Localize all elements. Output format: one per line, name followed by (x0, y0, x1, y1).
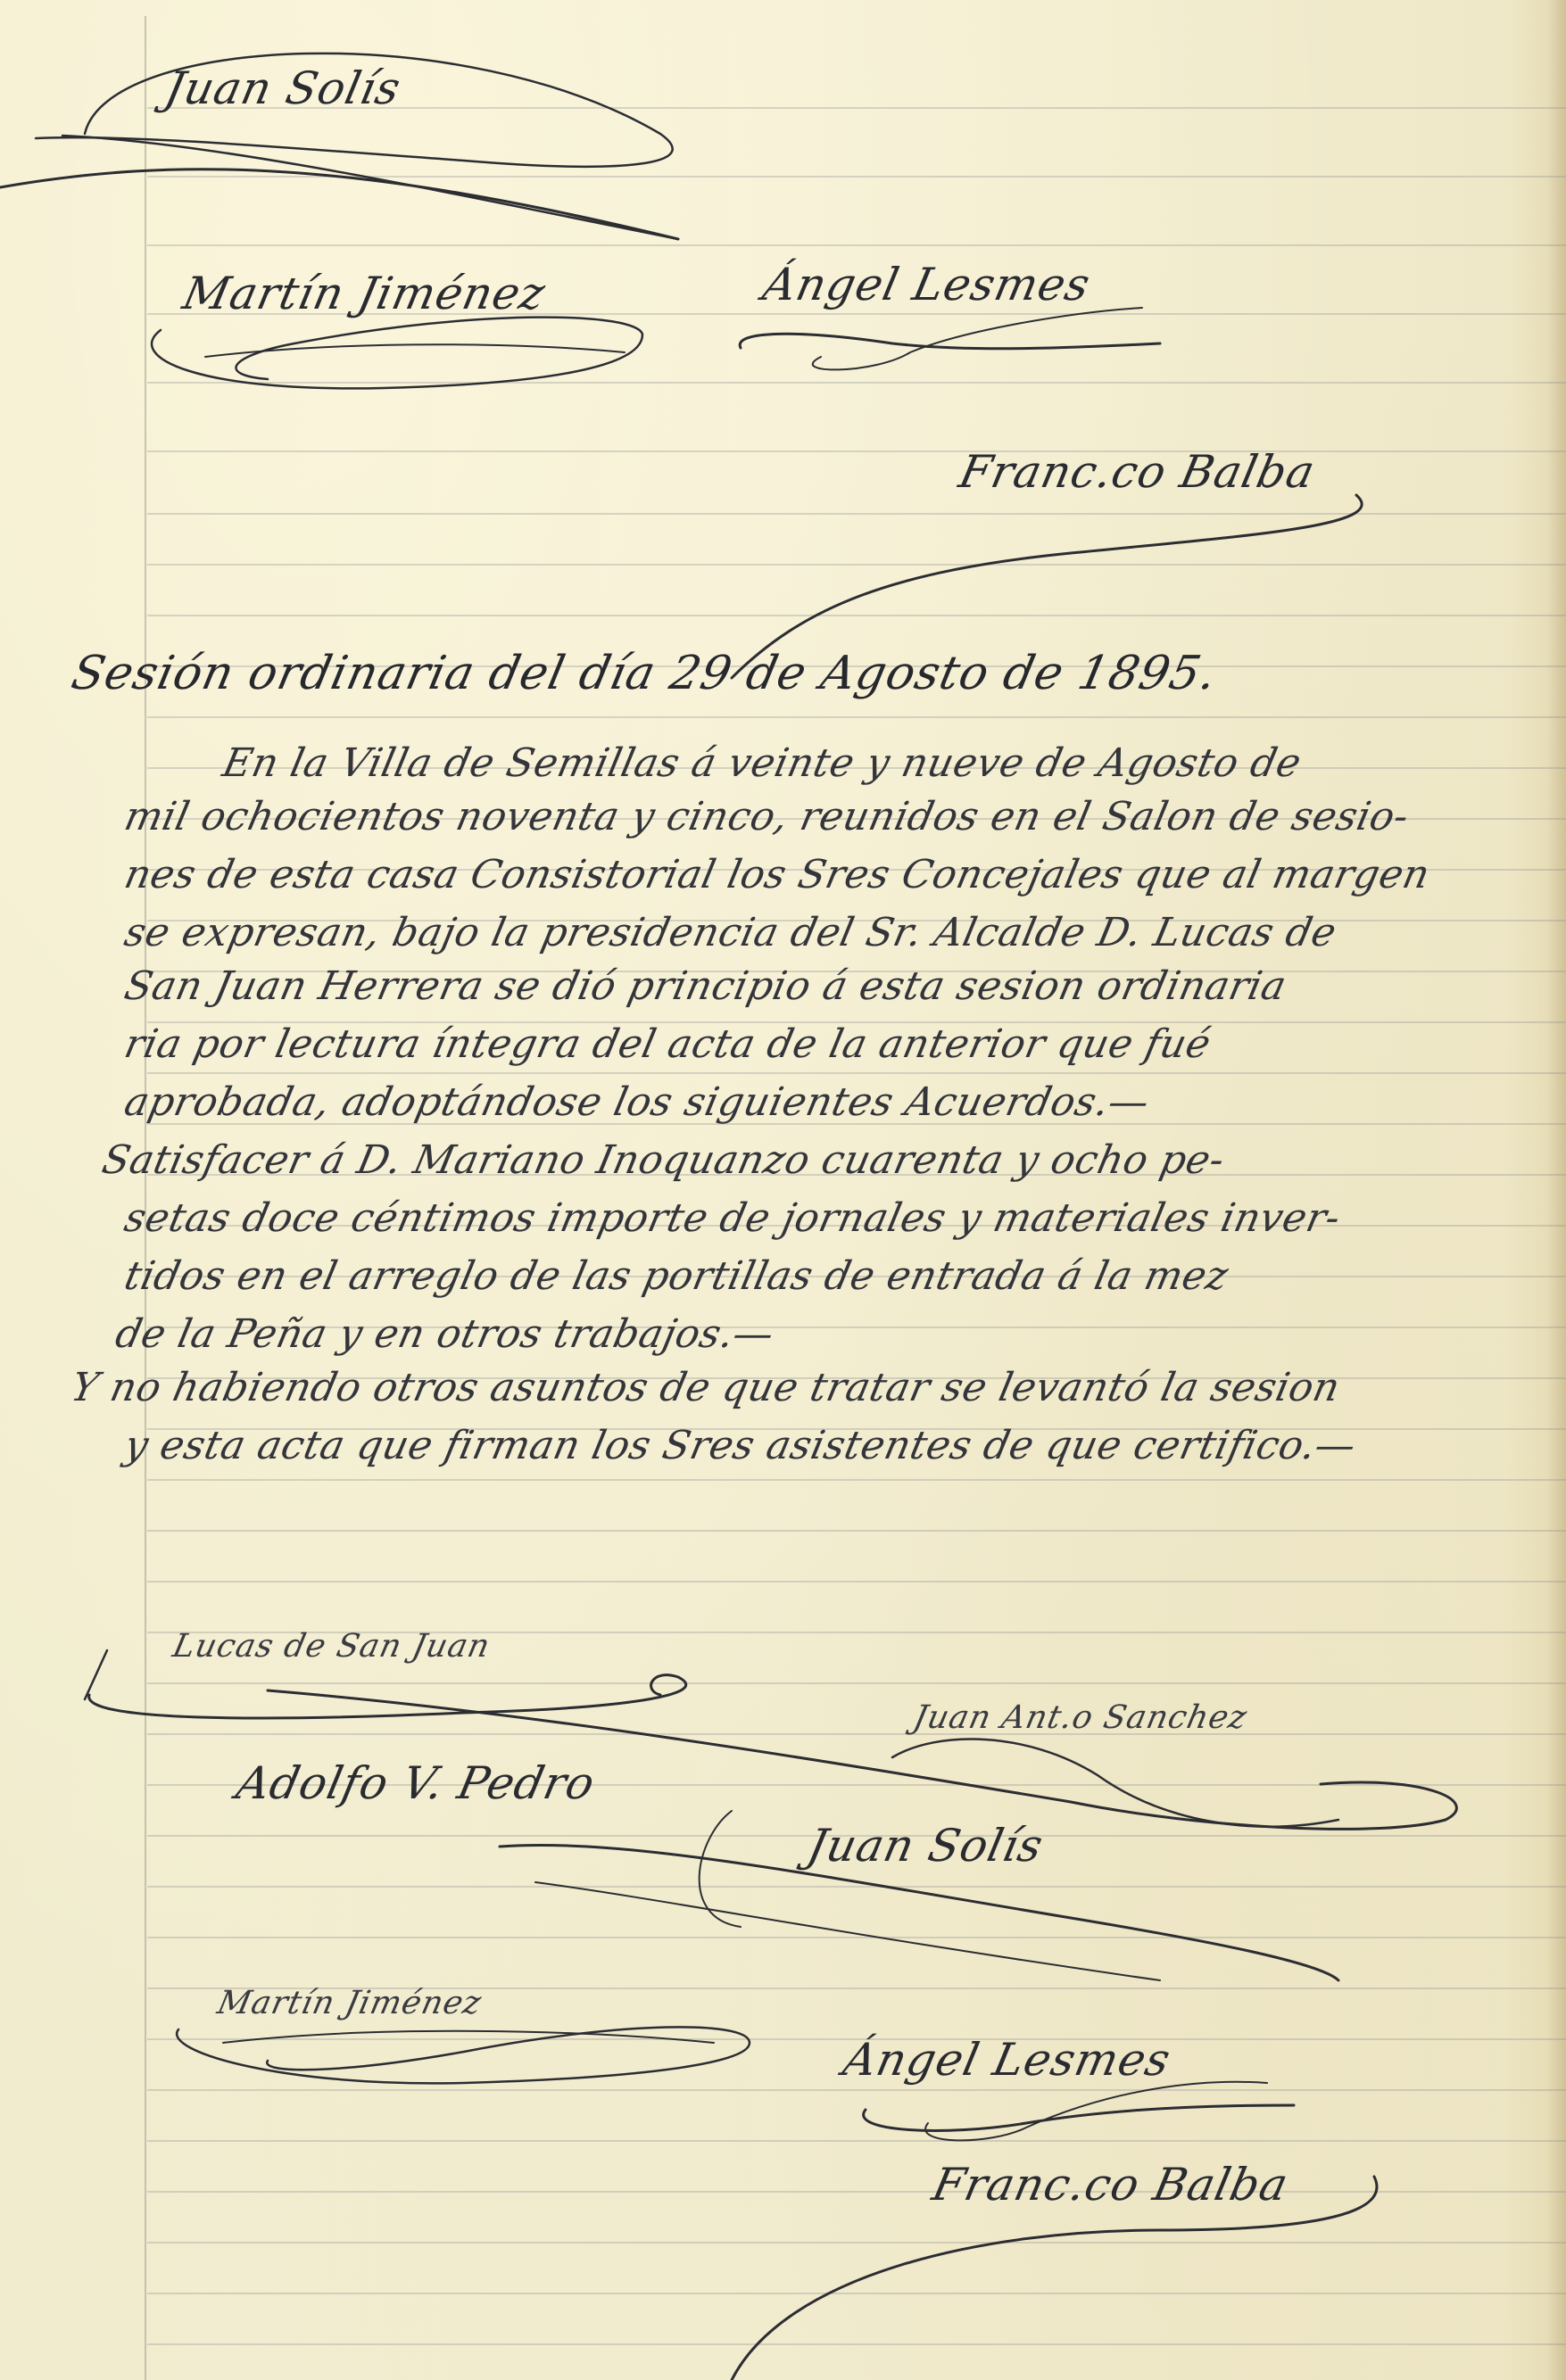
body-line-7: aprobada, adoptándose los siguientes Acu… (120, 1079, 1154, 1125)
ruled-line (147, 2089, 1566, 2091)
ruled-line (147, 2343, 1566, 2345)
ruled-line (147, 382, 1566, 384)
signature-juan-solis-bottom: Juan Solís (803, 1820, 1048, 1872)
signature-juan-solis-top: Juan Solís (161, 62, 405, 114)
body-line-9: setas doce céntimos importe de jornales … (120, 1195, 1345, 1241)
signature-francisco-balba-top: Franc.co Balba (955, 446, 1320, 498)
ruled-line (147, 513, 1566, 515)
ruled-line (147, 615, 1566, 616)
page-edge-shadow (1546, 0, 1566, 2380)
ruled-line (147, 1479, 1566, 1481)
signature-lucas-de-san-juan: Lucas de San Juan (170, 1628, 493, 1665)
ruled-line (147, 1072, 1566, 1074)
signature-martin-jimenez-top: Martín Jiménez (178, 268, 551, 319)
body-line-3: nes de esta casa Consistorial los Sres C… (120, 852, 1434, 897)
signature-martin-jimenez-bottom: Martín Jiménez (214, 1985, 485, 2021)
ruled-line (147, 1886, 1566, 1888)
signature-juan-antonio-sanchez: Juan Ant.o Sanchez (910, 1699, 1251, 1736)
signature-angel-lesmes-bottom: Ángel Lesmes (839, 2034, 1175, 2086)
body-line-10: tidos en el arreglo de las portillas de … (120, 1253, 1232, 1299)
ruled-line (147, 2191, 1566, 2193)
ruled-line (147, 564, 1566, 566)
body-line-5: San Juan Herrera se dió principio á esta… (120, 963, 1290, 1009)
signature-francisco-balba-bottom: Franc.co Balba (928, 2159, 1293, 2211)
ruled-line (147, 450, 1566, 452)
ruled-line (147, 1682, 1566, 1684)
ruled-line (147, 2293, 1566, 2294)
ruled-line (147, 176, 1566, 178)
ruled-line (147, 716, 1566, 718)
ruled-line (147, 2242, 1566, 2244)
ruled-line (147, 1937, 1566, 1938)
ruled-line (147, 244, 1566, 246)
session-heading: Sesión ordinaria del día 29 de Agosto de… (67, 647, 1222, 700)
manuscript-page: Juan Solís Martín Jiménez Ángel Lesmes F… (0, 0, 1566, 2380)
body-line-13: y esta acta que firman los Sres asistent… (120, 1423, 1360, 1468)
signature-adolfo-v-pedro: Adolfo V. Pedro (232, 1757, 600, 1809)
signature-angel-lesmes-top: Ángel Lesmes (758, 259, 1095, 310)
body-line-4: se expresan, bajo la presidencia del Sr.… (120, 910, 1340, 955)
body-line-2: mil ochocientos noventa y cinco, reunido… (120, 794, 1413, 839)
ruled-line (147, 1581, 1566, 1583)
body-line-12: Y no habiendo otros asuntos de que trata… (67, 1365, 1344, 1410)
ruled-line (147, 1530, 1566, 1532)
body-line-8: Satisfacer á D. Mariano Inoquanzo cuaren… (98, 1137, 1229, 1183)
body-line-1: En la Villa de Semillas á veinte y nueve… (219, 740, 1305, 786)
ruled-line (147, 1733, 1566, 1735)
body-line-11: de la Peña y en otros trabajos.— (112, 1311, 778, 1357)
ruled-line (147, 2140, 1566, 2142)
body-line-6: ria por lectura íntegra del acta de la a… (120, 1021, 1215, 1067)
signature-flourishes (0, 0, 1566, 2380)
